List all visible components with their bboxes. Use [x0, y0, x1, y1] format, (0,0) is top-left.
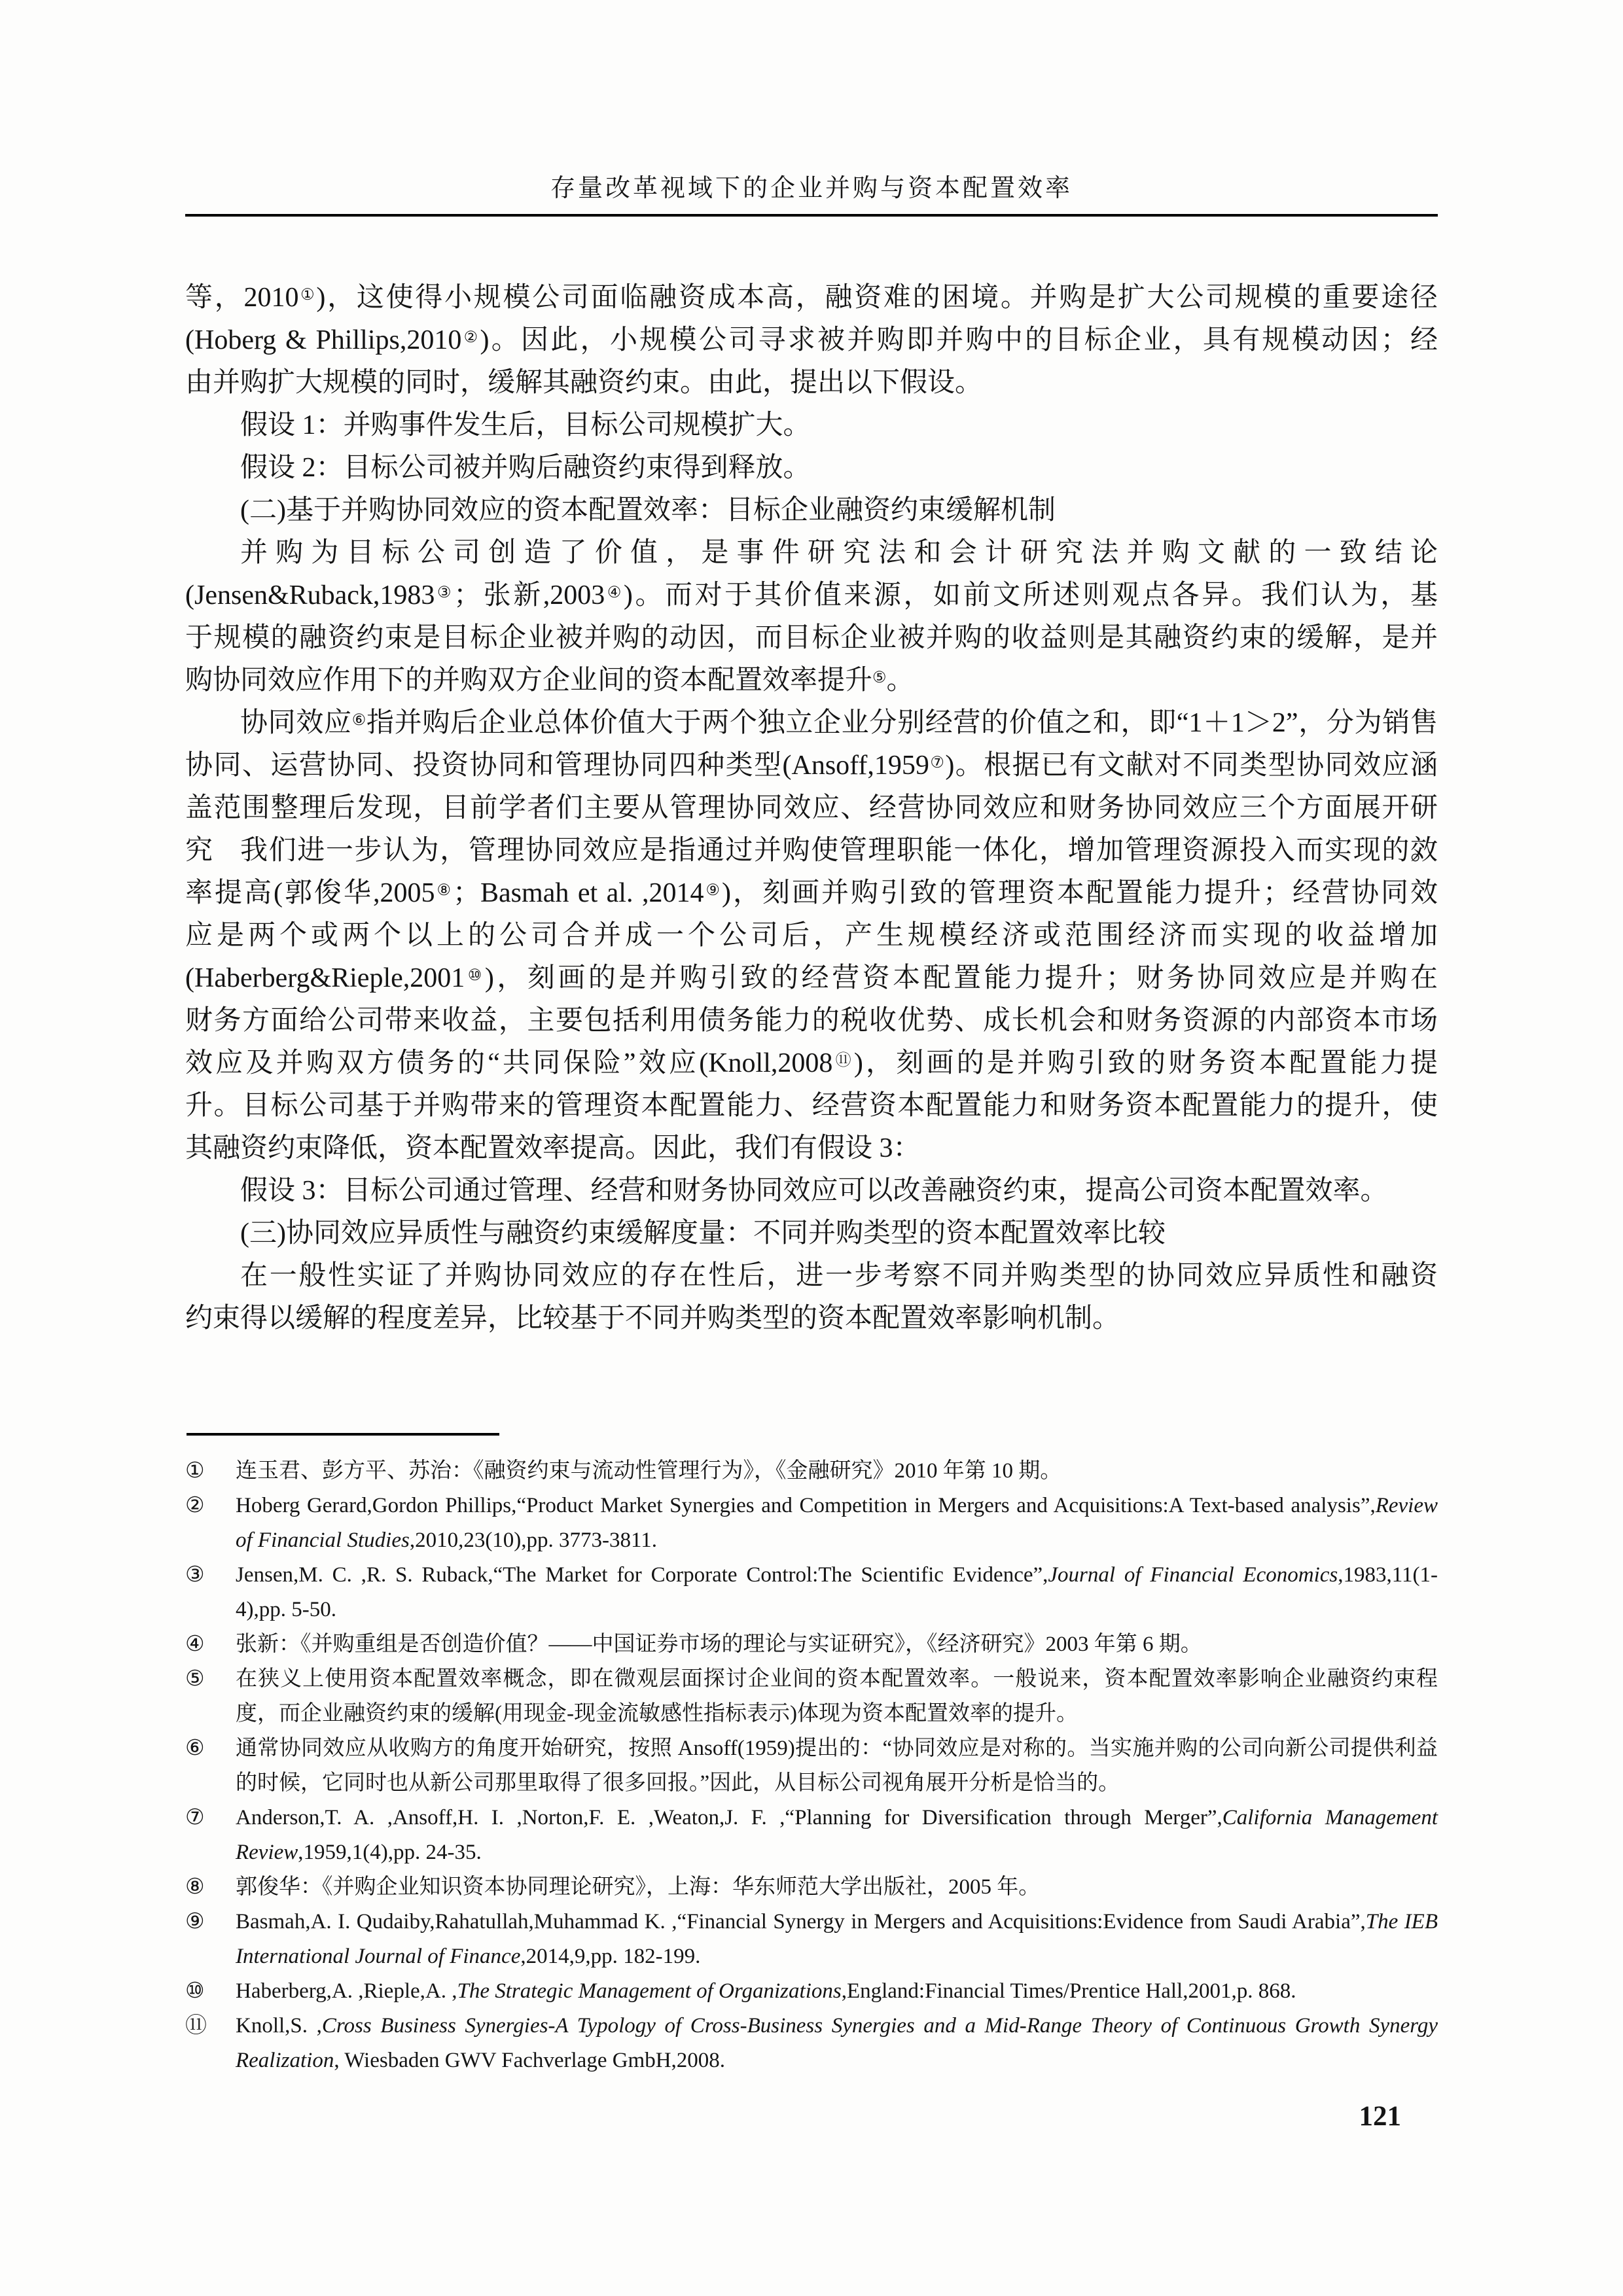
footnote-number: ⑤: [185, 1662, 236, 1731]
footnote-number: ③: [185, 1558, 236, 1627]
footnote-number: ⑪: [185, 2009, 236, 2078]
body-line: (Haberberg&Rieple,2001⑩)，刻画的是并购引致的经营资本配置…: [185, 957, 1438, 1000]
header-rule: [185, 214, 1438, 217]
body-line: 购协同效应作用下的并购双方企业间的资本配置效率提升⑤。: [185, 660, 1438, 702]
footnote: ③ Jensen,M. C. ,R. S. Ruback,“The Market…: [185, 1558, 1438, 1627]
hypothesis-2-line: 假设 2：目标公司被并购后融资约束得到释放。: [185, 447, 1438, 489]
body-line: 升。目标公司基于并购带来的管理资本配置能力、经营资本配置能力和财务资本配置能力的…: [185, 1085, 1438, 1127]
footnote-number: ④: [185, 1627, 236, 1662]
section-heading-3: (三)协同效应异质性与融资约束缓解度量：不同并购类型的资本配置效率比较: [185, 1212, 1438, 1255]
footnote: ⑪ Knoll,S. ,Cross Business Synergies-A T…: [185, 2009, 1438, 2078]
body-line: (Jensen&Ruback,1983③；张新,2003④)。而对于其价值来源，…: [185, 574, 1438, 617]
body-line: 我们进一步认为，管理协同效应是指通过并购使管理职能一体化，增加管理资源投入而实现…: [185, 830, 1438, 872]
body-line: 由并购扩大规模的同时，缓解其融资约束。由此，提出以下假设。: [185, 362, 1438, 404]
footnote-text: Basmah,A. I. Qudaiby,Rahatullah,Muhammad…: [236, 1905, 1438, 1974]
footnote-number: ⑩: [185, 1974, 236, 2009]
body-line: 应是两个或两个以上的公司合并成一个公司后，产生规模经济或范围经济而实现的收益增加: [185, 915, 1438, 957]
footnote: ⑩ Haberberg,A. ,Rieple,A. ,The Strategic…: [185, 1974, 1438, 2009]
footnote-text: Jensen,M. C. ,R. S. Ruback,“The Market f…: [236, 1558, 1438, 1627]
footnote: ⑥ 通常协同效应从收购方的角度开始研究，按照 Ansoff(1959)提出的：“…: [185, 1731, 1438, 1801]
footnote-number: ②: [185, 1489, 236, 1558]
footnote-number: ⑧: [185, 1870, 236, 1905]
hypothesis-3-line: 假设 3：目标公司通过管理、经营和财务协同效应可以改善融资约束，提高公司资本配置…: [185, 1170, 1438, 1212]
footnote-text: Hoberg Gerard,Gordon Phillips,“Product M…: [236, 1489, 1438, 1558]
footnote-text: 连玉君、彭方平、苏治：《融资约束与流动性管理行为》，《金融研究》2010 年第 …: [236, 1454, 1438, 1489]
footnote: ⑨ Basmah,A. I. Qudaiby,Rahatullah,Muhamm…: [185, 1905, 1438, 1974]
body-line: 效应及并购双方债务的“共同保险”效应(Knoll,2008⑪)，刻画的是并购引致…: [185, 1042, 1438, 1085]
footnote-number: ⑨: [185, 1905, 236, 1974]
body-line: 盖范围整理后发现，目前学者们主要从管理协同效应、经营协同效应和财务协同效应三个方…: [185, 787, 1438, 830]
paper-page: 存量改革视域下的企业并购与资本配置效率 等，2010①)，这使得小规模公司面临融…: [0, 0, 1623, 2296]
body-line: (Hoberg & Phillips,2010②)。因此，小规模公司寻求被并购即…: [185, 319, 1438, 362]
footnote: ② Hoberg Gerard,Gordon Phillips,“Product…: [185, 1489, 1438, 1558]
page-number: 121: [185, 2102, 1438, 2132]
footnote-separator: [187, 1433, 499, 1436]
footnotes-list: ① 连玉君、彭方平、苏治：《融资约束与流动性管理行为》，《金融研究》2010 年…: [185, 1454, 1438, 2078]
footnote-number: ⑥: [185, 1731, 236, 1801]
footnote-text: Anderson,T. A. ,Ansoff,H. I. ,Norton,F. …: [236, 1801, 1438, 1870]
footnote-text: 张新：《并购重组是否创造价值？——中国证券市场的理论与实证研究》，《经济研究》2…: [236, 1627, 1438, 1662]
section-heading-2: (二)基于并购协同效应的资本配置效率：目标企业融资约束缓解机制: [185, 489, 1438, 532]
footnote: ⑦ Anderson,T. A. ,Ansoff,H. I. ,Norton,F…: [185, 1801, 1438, 1870]
footnote-text: 在狭义上使用资本配置效率概念，即在微观层面探讨企业间的资本配置效率。一般说来，资…: [236, 1662, 1438, 1731]
body-line: 于规模的融资约束是目标企业被并购的动因，而目标企业被并购的收益则是其融资约束的缓…: [185, 617, 1438, 660]
body-line: 率提高(郭俊华,2005⑧；Basmah et al. ,2014⑨)，刻画并购…: [185, 872, 1438, 915]
body-line: 财务方面给公司带来收益，主要包括利用债务能力的税收优势、成长机会和财务资源的内部…: [185, 1000, 1438, 1042]
footnote-text: 郭俊华：《并购企业知识资本协同理论研究》，上海：华东师范大学出版社，2005 年…: [236, 1870, 1438, 1905]
footnote: ④ 张新：《并购重组是否创造价值？——中国证券市场的理论与实证研究》，《经济研究…: [185, 1627, 1438, 1662]
footnote-number: ⑦: [185, 1801, 236, 1870]
body-line: 在一般性实证了并购协同效应的存在性后，进一步考察不同并购类型的协同效应异质性和融…: [185, 1255, 1438, 1298]
footnote: ⑤ 在狭义上使用资本配置效率概念，即在微观层面探讨企业间的资本配置效率。一般说来…: [185, 1662, 1438, 1731]
body-line: 协同、运营协同、投资协同和管理协同四种类型(Ansoff,1959⑦)。根据已有…: [185, 745, 1438, 787]
hypothesis-1-line: 假设 1：并购事件发生后，目标公司规模扩大。: [185, 404, 1438, 447]
body-line: 并购为目标公司创造了价值，是事件研究法和会计研究法并购文献的一致结论: [185, 532, 1438, 574]
body-line: 约束得以缓解的程度差异，比较基于不同并购类型的资本配置效率影响机制。: [185, 1298, 1438, 1340]
footnote: ⑧ 郭俊华：《并购企业知识资本协同理论研究》，上海：华东师范大学出版社，2005…: [185, 1870, 1438, 1905]
footnote-number: ①: [185, 1454, 236, 1489]
body-text: 等，2010①)，这使得小规模公司面临融资成本高，融资难的困境。并购是扩大公司规…: [185, 277, 1438, 1340]
footnote-text: Knoll,S. ,Cross Business Synergies-A Typ…: [236, 2009, 1438, 2078]
footnote: ① 连玉君、彭方平、苏治：《融资约束与流动性管理行为》，《金融研究》2010 年…: [185, 1454, 1438, 1489]
running-head-title: 存量改革视域下的企业并购与资本配置效率: [185, 173, 1438, 204]
footnote-text: 通常协同效应从收购方的角度开始研究，按照 Ansoff(1959)提出的：“协同…: [236, 1731, 1438, 1801]
body-line: 等，2010①)，这使得小规模公司面临融资成本高，融资难的困境。并购是扩大公司规…: [185, 277, 1438, 319]
body-line: 其融资约束降低，资本配置效率提高。因此，我们有假设 3：: [185, 1127, 1438, 1170]
body-line: 协同效应⑥指并购后企业总体价值大于两个独立企业分别经营的价值之和，即“1＋1＞2…: [185, 702, 1438, 745]
footnote-text: Haberberg,A. ,Rieple,A. ,The Strategic M…: [236, 1974, 1438, 2009]
